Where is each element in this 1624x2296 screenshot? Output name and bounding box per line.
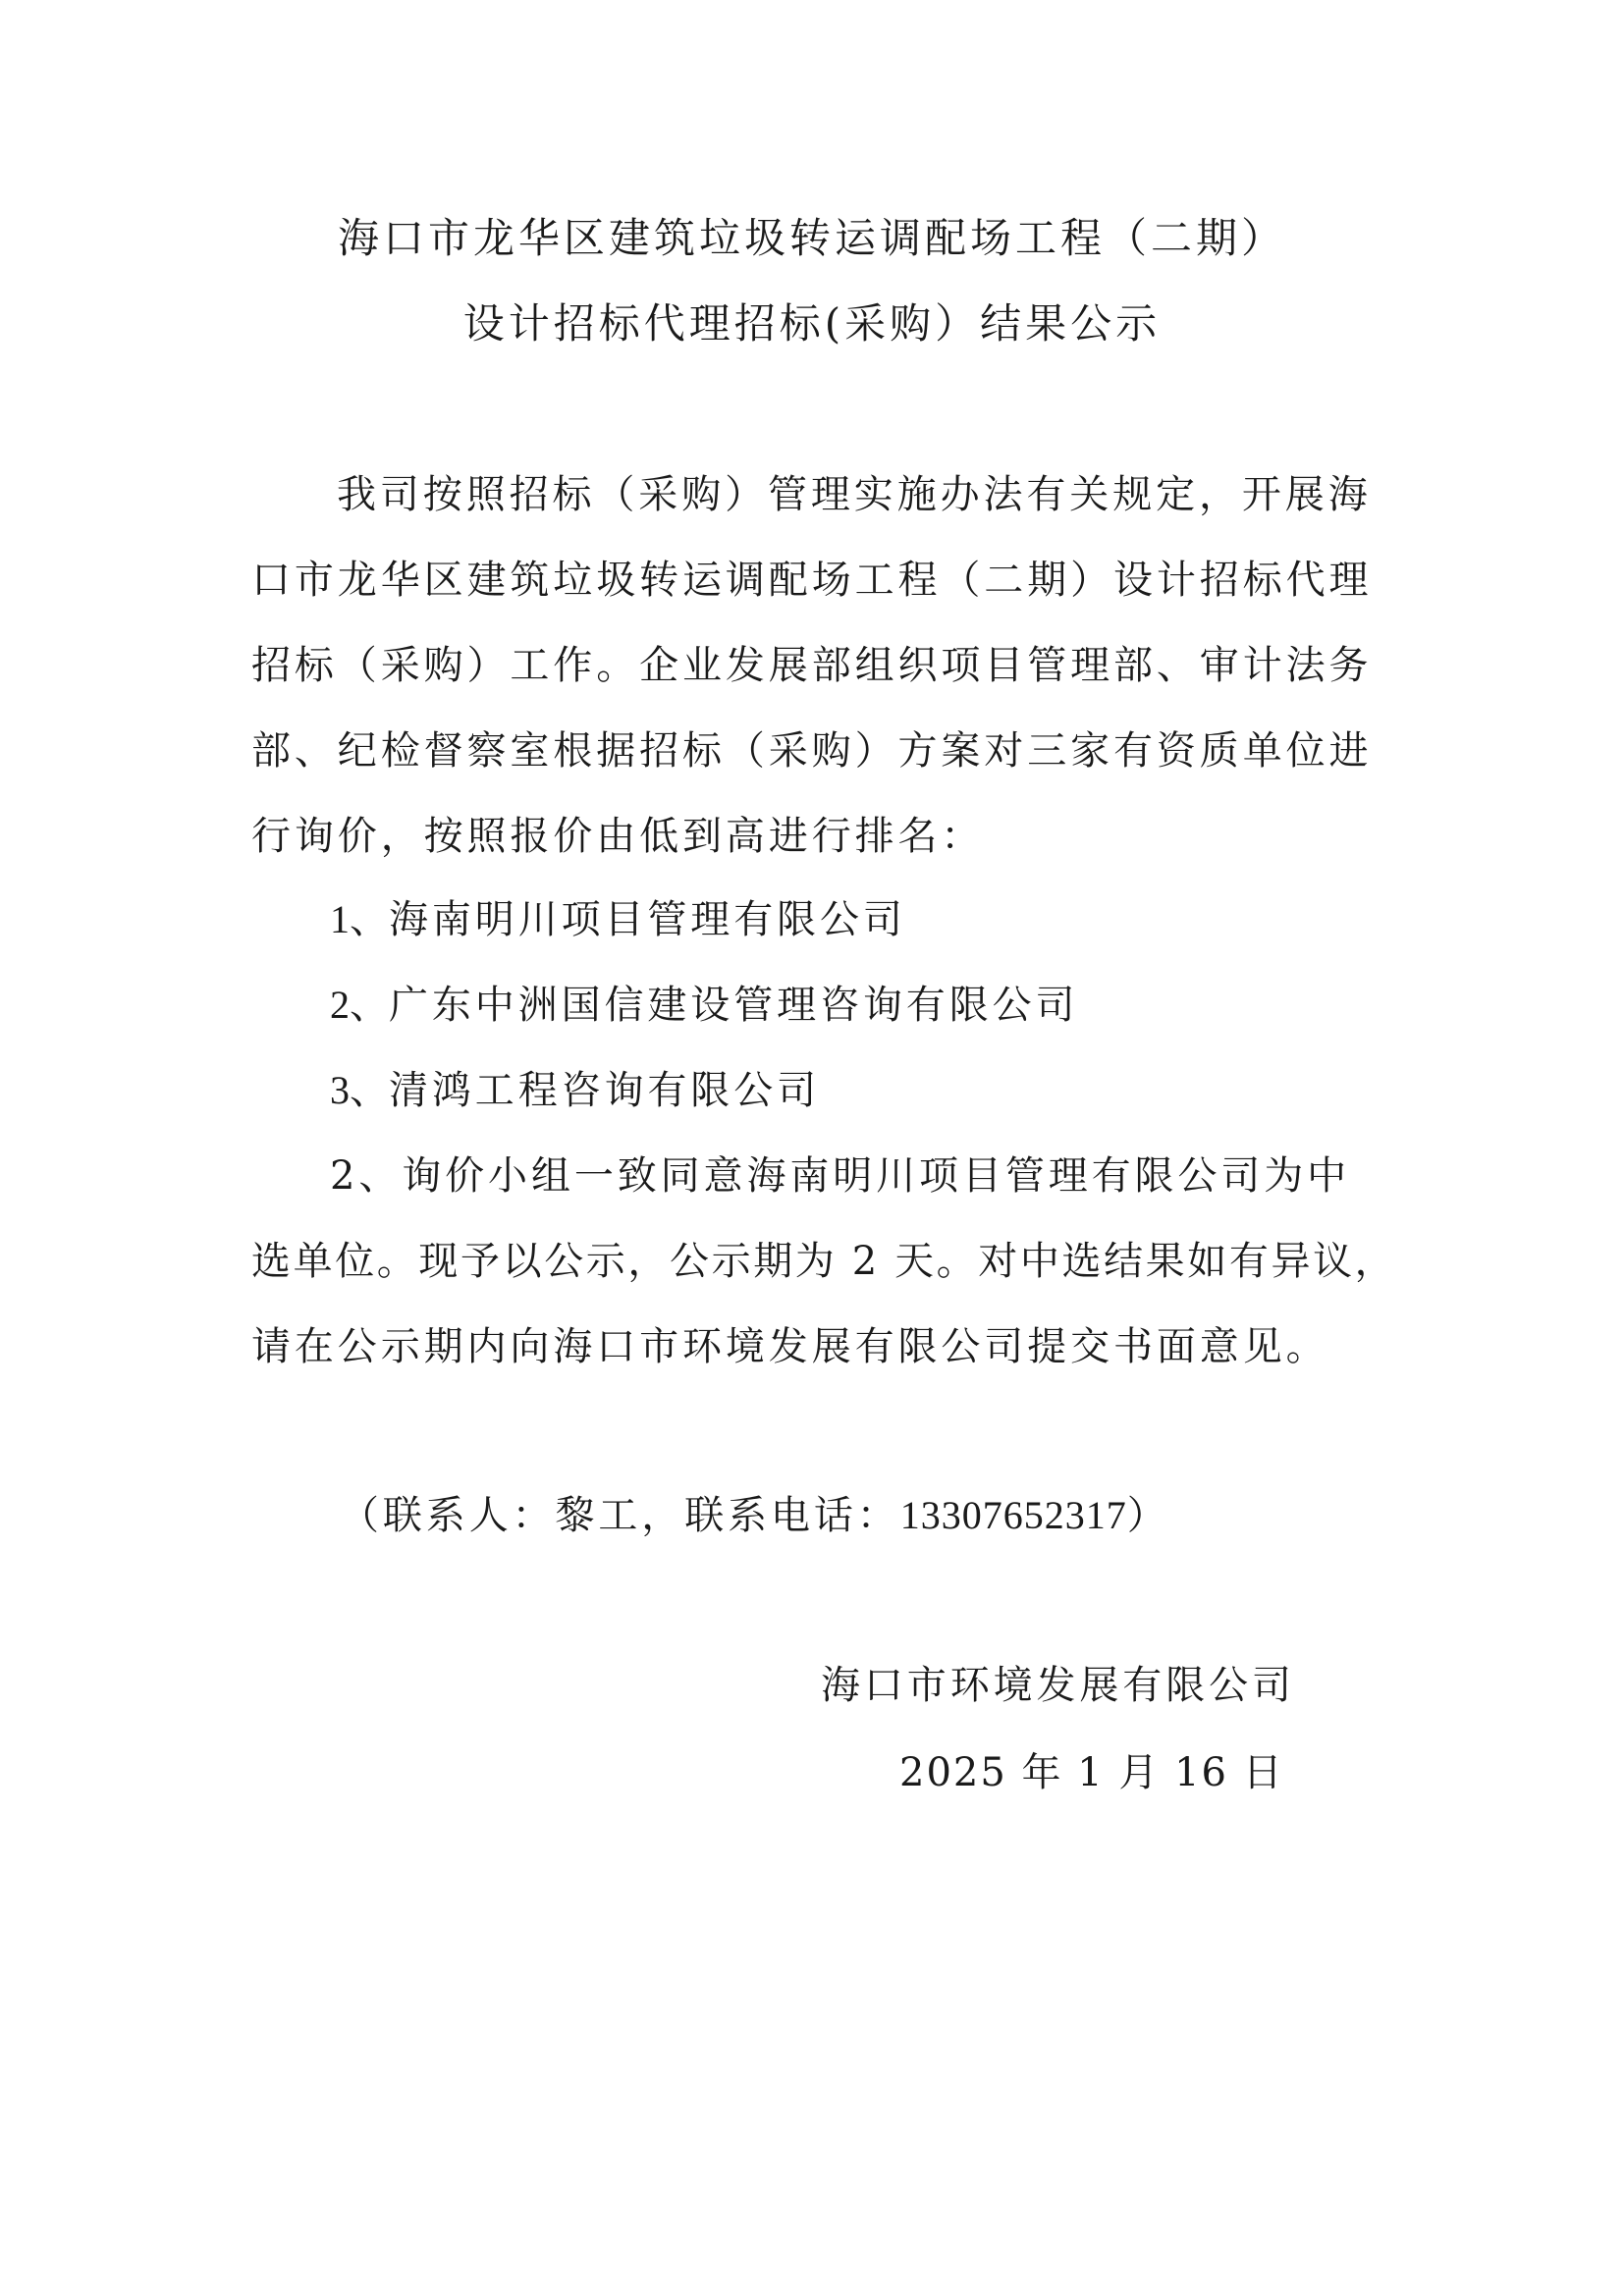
ranking-index: 3、 [330,1068,389,1112]
paragraph-line: 选单位。现予以公示，公示期为 2 天。对中选结果如有异议， [251,1240,1396,1283]
contact-line: （联系人：黎工，联系电话：13307652317） [340,1494,1170,1537]
ranking-index: 2、 [330,983,389,1027]
paragraph-line: 口市龙华区建筑垃圾转运调配场工程（二期）设计招标代理 [251,559,1372,602]
paragraph-line: 行询价，按照报价由低到高进行排名： [251,815,984,858]
ranking-index: 1、 [330,897,389,941]
paragraph-line: 我司按照招标（采购）管理实施办法有关规定，开展海 [337,473,1372,516]
document-title-line-2: 设计招标代理招标(采购）结果公示 [0,301,1624,347]
document-page: 海口市龙华区建筑垃圾转运调配场工程（二期） 设计招标代理招标(采购）结果公示 我… [0,0,1624,2296]
ranking-company-name: 海南明川项目管理有限公司 [389,897,906,942]
signature-date: 2025 年 1 月 16 日 [899,1751,1284,1794]
paragraph-line: 部、纪检督察室根据招标（采购）方案对三家有资质单位进 [251,729,1372,773]
ranking-item-2: 2、广东中洲国信建设管理咨询有限公司 [330,984,1078,1027]
contact-suffix: ） [1127,1493,1170,1538]
contact-label: （联系人：黎工，联系电话： [340,1493,900,1538]
paragraph-line: 招标（采购）工作。企业发展部组织项目管理部、审计法务 [251,644,1372,687]
ranking-item-3: 3、清鸿工程咨询有限公司 [330,1069,820,1112]
ranking-company-name: 广东中洲国信建设管理咨询有限公司 [389,983,1078,1028]
signature-company: 海口市环境发展有限公司 [821,1664,1295,1707]
document-title-line-1: 海口市龙华区建筑垃圾转运调配场工程（二期） [0,216,1624,261]
ranking-item-1: 1、海南明川项目管理有限公司 [330,898,906,941]
contact-phone: 13307652317 [900,1493,1127,1537]
ranking-company-name: 清鸿工程咨询有限公司 [389,1068,820,1113]
paragraph-line: 2、询价小组一致同意海南明川项目管理有限公司为中 [330,1154,1350,1198]
paragraph-line: 请在公示期内向海口市环境发展有限公司提交书面意见。 [251,1325,1329,1368]
